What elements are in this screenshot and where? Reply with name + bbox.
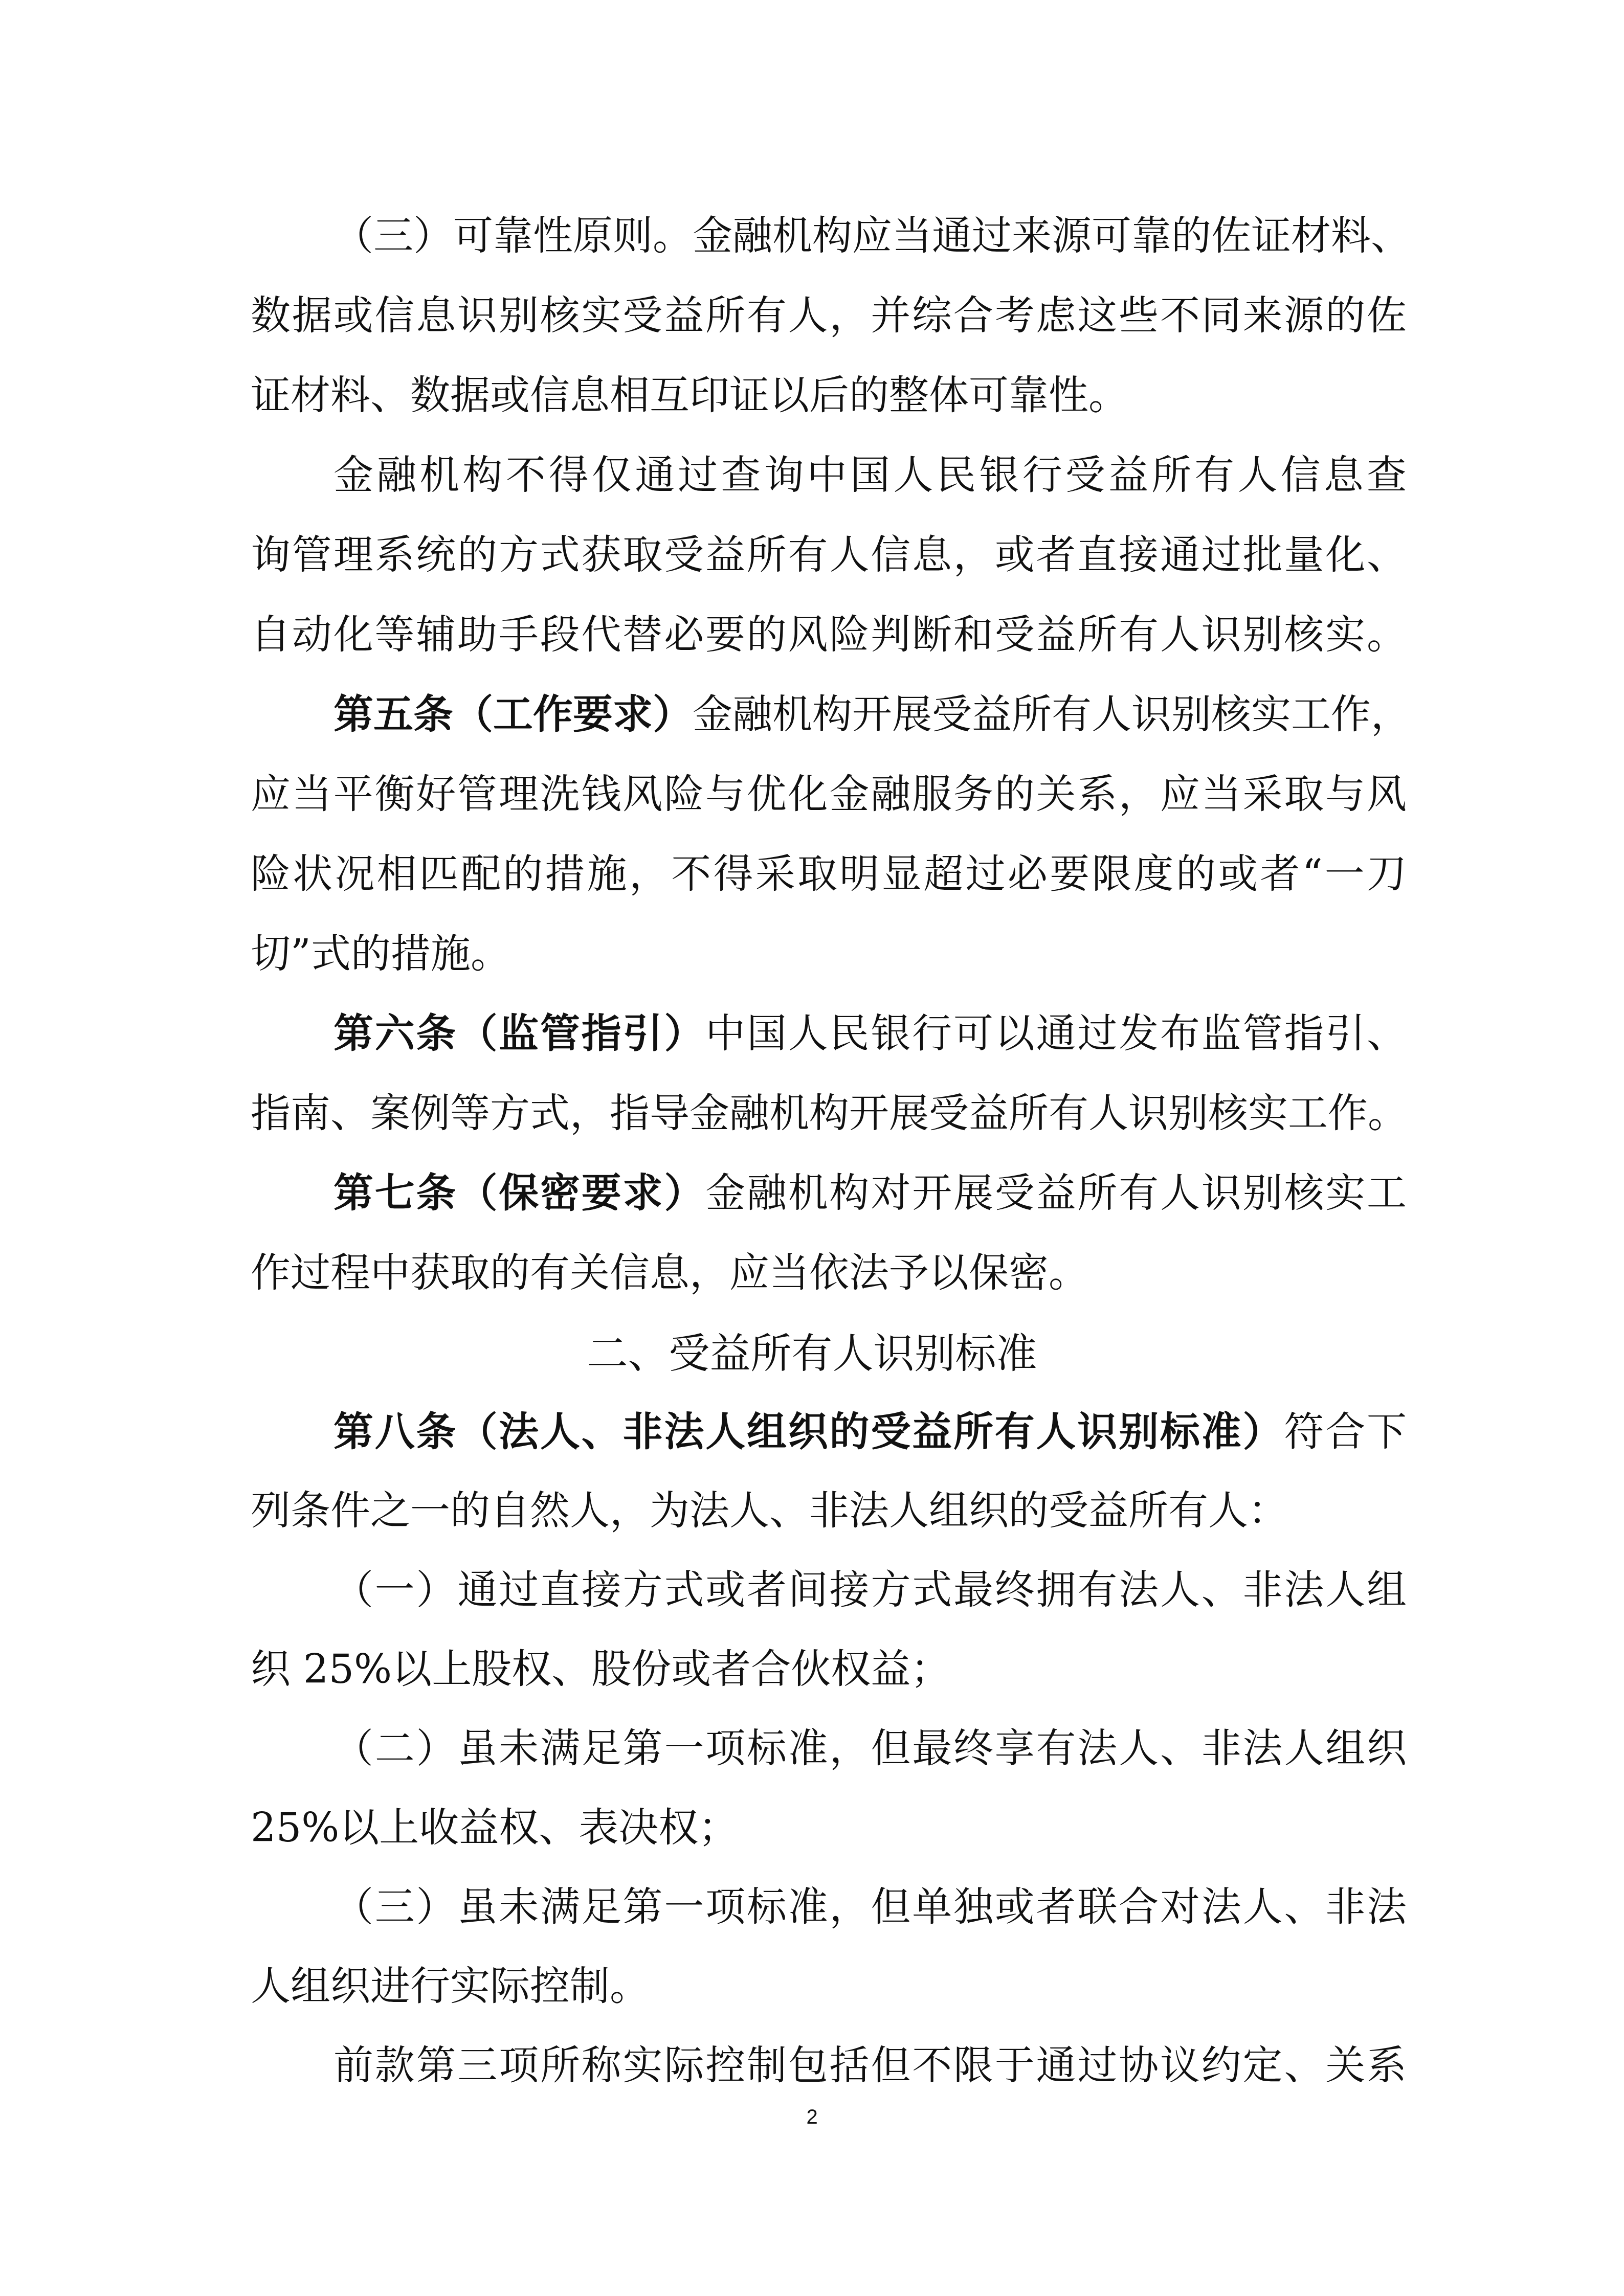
- article-5-title: 第五条（工作要求）: [333, 692, 693, 738]
- article-7-text: 金融机构对开展受益所有人识别核实工: [705, 1170, 1407, 1217]
- paragraph-line: 险状况相匹配的措施，不得采取明显超过必要限度的或者“一刀: [251, 846, 1407, 903]
- article-5-text: 金融机构开展受益所有人识别核实工作，: [693, 692, 1411, 738]
- article-5-first-line: 第五条（工作要求）金融机构开展受益所有人识别核实工作，: [333, 687, 1407, 743]
- paragraph-line: 证材料、数据或信息相互印证以后的整体可靠性。: [251, 368, 1407, 424]
- article-6-text: 中国人民银行可以通过发布监管指引、: [705, 1011, 1407, 1057]
- list-item-line: 25%以上收益权、表决权；: [251, 1800, 1407, 1856]
- list-item-line: 人组织进行实际控制。: [251, 1959, 1407, 2015]
- article-8-first-line: 第八条（法人、非法人组织的受益所有人识别标准）符合下: [333, 1404, 1407, 1460]
- paragraph-line: 询管理系统的方式获取受益所有人信息，或者直接通过批量化、: [251, 527, 1407, 583]
- article-8-title: 第八条（法人、非法人组织的受益所有人识别标准）: [333, 1409, 1284, 1455]
- paragraph-line: 列条件之一的自然人，为法人、非法人组织的受益所有人：: [251, 1483, 1407, 1539]
- article-7-first-line: 第七条（保密要求）金融机构对开展受益所有人识别核实工: [333, 1165, 1407, 1222]
- paragraph-line: 作过程中获取的有关信息，应当依法予以保密。: [251, 1245, 1407, 1301]
- list-item-line: （一）通过直接方式或者间接方式最终拥有法人、非法人组: [333, 1562, 1407, 1618]
- section-heading: 二、受益所有人识别标准: [0, 1325, 1624, 1382]
- paragraph-line: 数据或信息识别核实受益所有人，并综合考虑这些不同来源的佐: [251, 288, 1407, 344]
- document-page: （三）可靠性原则。金融机构应当通过来源可靠的佐证材料、 数据或信息识别核实受益所…: [0, 0, 1624, 2296]
- article-6-first-line: 第六条（监管指引）中国人民银行可以通过发布监管指引、: [333, 1006, 1407, 1062]
- paragraph-line: 应当平衡好管理洗钱风险与优化金融服务的关系，应当采取与风: [251, 767, 1407, 823]
- paragraph-line: 金融机构不得仅通过查询中国人民银行受益所有人信息查: [333, 447, 1407, 504]
- paragraph-line: 指南、案例等方式，指导金融机构开展受益所有人识别核实工作。: [251, 1086, 1407, 1142]
- list-item-line: （二）虽未满足第一项标准，但最终享有法人、非法人组织: [333, 1721, 1407, 1777]
- paragraph-line: 自动化等辅助手段代替必要的风险判断和受益所有人识别核实。: [251, 607, 1407, 663]
- article-6-title: 第六条（监管指引）: [333, 1011, 705, 1057]
- paragraph-line: 切”式的措施。: [251, 926, 1407, 982]
- paragraph-line: 前款第三项所称实际控制包括但不限于通过协议约定、关系: [333, 2038, 1407, 2094]
- page-number: 2: [0, 2106, 1624, 2129]
- paragraph-line: （三）可靠性原则。金融机构应当通过来源可靠的佐证材料、: [333, 208, 1407, 264]
- list-item-line: 织 25%以上股权、股份或者合伙权益；: [251, 1641, 1407, 1698]
- article-8-text: 符合下: [1284, 1409, 1407, 1455]
- list-item-line: （三）虽未满足第一项标准，但单独或者联合对法人、非法: [333, 1879, 1407, 1935]
- article-7-title: 第七条（保密要求）: [333, 1170, 705, 1217]
